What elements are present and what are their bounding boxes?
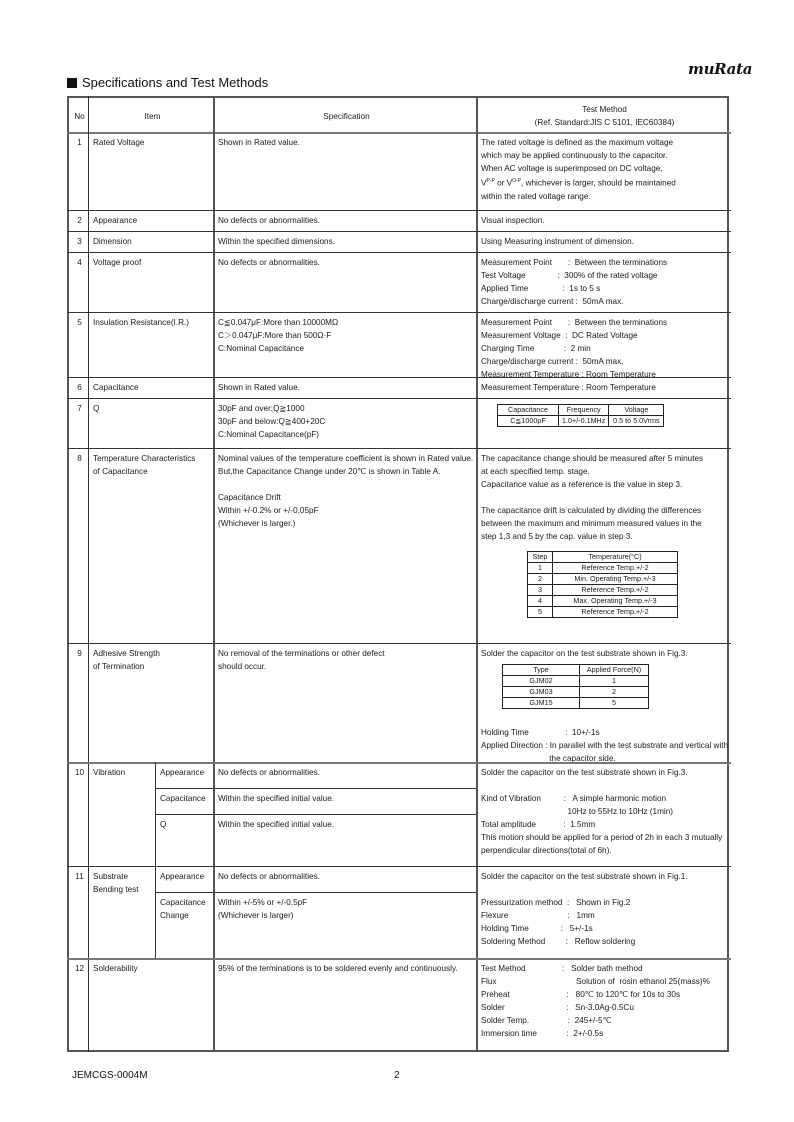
row-specification-line: 30pF and below:Q≧400+20C — [218, 415, 475, 428]
row-test-method-line: Charge/discharge current : 50mA max. — [481, 355, 728, 368]
row-test-method-line — [481, 491, 728, 504]
row-specification-line: C＞0.047μF:More than 500Ω·F — [218, 329, 475, 342]
applied-force-table: TypeApplied Force(N)GJM021GJM032GJM155 — [502, 664, 649, 709]
row-item: Temperature Characteristicsof Capacitanc… — [90, 450, 215, 645]
row-divider — [67, 398, 731, 399]
applied-force-table-cell: GJM03 — [503, 687, 580, 698]
header-specification-line: Specification — [218, 110, 475, 123]
row-test-method-after: Holding Time : 10+/-1sApplied Direction … — [478, 724, 731, 764]
applied-force-table-cell: 5 — [580, 698, 649, 709]
row-divider — [67, 252, 731, 253]
temperature-step-table-cell: Reference Temp.+/-2 — [553, 607, 678, 618]
row-item-line: Rated Voltage — [93, 136, 212, 149]
row-specification-line: (Whichever is larger.) — [218, 517, 475, 530]
row-test-method-line: This motion should be applied for a peri… — [481, 831, 728, 844]
temperature-step-table-row: 3Reference Temp.+/-2 — [528, 585, 678, 596]
row-item-line: of Termination — [93, 660, 212, 673]
row-divider — [155, 788, 476, 789]
temperature-step-table-cell: 1 — [528, 563, 553, 574]
row-test-method: The rated voltage is defined as the maxi… — [478, 134, 731, 212]
applied-force-table-row: GJM021 — [503, 676, 649, 687]
row-test-method-line: between the maximum and minimum measured… — [481, 517, 728, 530]
row-test-method-line: Flexure : 1mm — [481, 909, 728, 922]
row-test-method-line: Immersion time : 2+/-0.5s — [481, 1027, 728, 1040]
row-number-line: 1 — [72, 136, 87, 149]
row-item: Q — [90, 400, 215, 450]
row-item-line: Voltage proof — [93, 256, 212, 269]
row-sub-item-line: Capacitance — [160, 896, 212, 909]
row-specification: 30pF and over:Q≧100030pF and below:Q≧400… — [215, 400, 478, 450]
q-measurement-table-cell: 1.0+/-0.1MHz — [559, 416, 609, 427]
row-sub-item-line: Capacitance — [160, 792, 212, 805]
row-specification-line: Within the specified dimensions. — [218, 235, 475, 248]
square-bullet-icon — [67, 78, 77, 88]
row-specification-line: (Whichever is larger) — [218, 909, 475, 922]
applied-force-table-cell: 2 — [580, 687, 649, 698]
row-number-line: 8 — [72, 452, 87, 465]
row-test-method: Using Measuring instrument of dimension. — [478, 233, 731, 254]
applied-force-table-header: Applied Force(N) — [580, 665, 649, 676]
page-number: 2 — [394, 1070, 400, 1081]
row-number: 7 — [69, 400, 90, 450]
row-test-method: Solder the capacitor on the test substra… — [478, 868, 731, 960]
row-test-method-line: VP-P or VO-P, whichever is larger, shoul… — [481, 175, 728, 190]
row-test-method-line: Measurement Point : Between the terminat… — [481, 256, 728, 269]
row-specification-line: No defects or abnormalities. — [218, 870, 475, 883]
row-sub-item: Appearance — [157, 764, 215, 790]
temperature-step-table-cell: 5 — [528, 607, 553, 618]
temperature-step-table-row: 1Reference Temp.+/-2 — [528, 563, 678, 574]
row-test-method-line: The rated voltage is defined as the maxi… — [481, 136, 728, 149]
q-measurement-table-header: Frequency — [559, 405, 609, 416]
row-specification: Within +/-5% or +/-0.5pF(Whichever is la… — [215, 894, 478, 960]
applied-force-table-header: Type — [503, 665, 580, 676]
row-test-method-line: Solder Temp. : 245+/-5℃ — [481, 1014, 728, 1027]
row-test-method-line: Preheat : 80℃ to 120℃ for 10s to 30s — [481, 988, 728, 1001]
row-sub-item-line: Appearance — [160, 766, 212, 779]
row-specification-line: Nominal values of the temperature coeffi… — [218, 452, 475, 465]
header-specification: Specification — [215, 98, 478, 134]
row-divider — [67, 231, 731, 232]
row-number: 4 — [69, 254, 90, 314]
row-test-method-line — [481, 779, 728, 792]
temperature-step-table-cell: 3 — [528, 585, 553, 596]
row-test-method: Solder the capacitor on the test substra… — [478, 764, 731, 868]
row-test-method-line: Pressurization method : Shown in Fig.2 — [481, 896, 728, 909]
row-test-method-line: Solder : Sn-3.0Ag-0.5Cu — [481, 1001, 728, 1014]
row-specification-line: Within +/-5% or +/-0.5pF — [218, 896, 475, 909]
row-divider — [67, 312, 731, 313]
row-specification: No defects or abnormalities. — [215, 254, 478, 314]
row-item-line: Dimension — [93, 235, 212, 248]
row-test-method-line: Applied Time : 1s to 5 s — [481, 282, 728, 295]
applied-force-table-cell: 1 — [580, 676, 649, 687]
temperature-step-table-row: 4Max. Operating Temp.+/-3 — [528, 596, 678, 607]
row-number: 12 — [69, 960, 90, 1054]
row-test-method-line: Soldering Method : Reflow soldering — [481, 935, 728, 948]
section-title-text: Specifications and Test Methods — [82, 75, 268, 90]
q-measurement-table-cell: C≦1000pF — [498, 416, 559, 427]
row-sub-item-line: Change — [160, 909, 212, 922]
row-number-line: 6 — [72, 381, 87, 394]
row-item-line: Vibration — [93, 766, 154, 779]
row-divider — [67, 210, 731, 211]
row-item-line: Adhesive Strength — [93, 647, 212, 660]
row-specification: Within the specified initial value. — [215, 790, 478, 816]
row-specification: Nominal values of the temperature coeffi… — [215, 450, 478, 645]
row-specification-line: 95% of the terminations is to be soldere… — [218, 962, 475, 975]
temperature-step-table-row: 5Reference Temp.+/-2 — [528, 607, 678, 618]
murata-logo: muRata — [688, 60, 752, 78]
row-specification-line: Capacitance Drift — [218, 491, 475, 504]
row-number-line: 9 — [72, 647, 87, 660]
row-test-method-after-line: Applied Direction : In parallel with the… — [481, 739, 728, 752]
row-test-method-line: Test Voltage : 300% of the rated voltage — [481, 269, 728, 282]
row-item-line: Q — [93, 402, 212, 415]
row-specification: No defects or abnormalities. — [215, 868, 478, 894]
row-test-method-line — [481, 883, 728, 896]
row-test-method-line: Measurement Point : Between the terminat… — [481, 316, 728, 329]
row-test-method-line: at each specified temp. stage. — [481, 465, 728, 478]
row-item-line: Temperature Characteristics — [93, 452, 212, 465]
q-measurement-table-row: C≦1000pF1.0+/-0.1MHz0.5 to 5.0Vrms — [498, 416, 664, 427]
row-test-method-line: Solder the capacitor on the test substra… — [481, 647, 728, 660]
row-test-method-line: 10Hz to 55Hz to 10Hz (1min) — [481, 805, 728, 818]
header-item: Item — [90, 98, 215, 134]
row-specification: Within the specified dimensions. — [215, 233, 478, 254]
row-number-line: 4 — [72, 256, 87, 269]
row-test-method: Visual inspection. — [478, 212, 731, 233]
row-test-method-line: Total amplitude : 1.5mm — [481, 818, 728, 831]
row-test-method-line: Solder the capacitor on the test substra… — [481, 870, 728, 883]
row-specification-line: Shown in Rated value. — [218, 381, 475, 394]
row-specification-line: C:Nominal Capacitance(pF) — [218, 428, 475, 441]
row-test-method-line: Holding Time : 5+/-1s — [481, 922, 728, 935]
temperature-step-table: StepTemperature(°C)1Reference Temp.+/-22… — [527, 551, 678, 618]
row-divider — [67, 866, 731, 867]
q-measurement-table-cell: 0.5 to 5.0Vrms — [609, 416, 664, 427]
row-item: Capacitance — [90, 379, 215, 400]
row-number: 1 — [69, 134, 90, 212]
row-number-line: 5 — [72, 316, 87, 329]
row-specification: C≦0.047μF:More than 10000MΩC＞0.047μF:Mor… — [215, 314, 478, 379]
row-divider — [155, 814, 476, 815]
row-specification: Within the specified initial value. — [215, 816, 478, 868]
temperature-step-table-cell: Reference Temp.+/-2 — [553, 563, 678, 574]
temperature-step-table-row: 2Min. Operating Temp.+/-3 — [528, 574, 678, 585]
row-item: Adhesive Strengthof Termination — [90, 645, 215, 764]
row-number-line: 7 — [72, 402, 87, 415]
row-specification-line: Within the specified initial value. — [218, 792, 475, 805]
row-item: Insulation Resistance(I.R.) — [90, 314, 215, 379]
row-specification: No defects or abnormalities. — [215, 212, 478, 233]
row-item-line: Substrate — [93, 870, 154, 883]
header-no-line: No — [72, 110, 87, 123]
header-item-line: Item — [93, 110, 212, 123]
row-specification-line: No defects or abnormalities. — [218, 256, 475, 269]
row-specification-line: No removal of the terminations or other … — [218, 647, 475, 660]
row-test-method-line: perpendicular directions(total of 6h). — [481, 844, 728, 857]
row-test-method: Measurement Point : Between the terminat… — [478, 254, 731, 314]
row-test-method-line: which may be applied continuously to the… — [481, 149, 728, 162]
row-test-method-line: Charge/discharge current : 50mA max. — [481, 295, 728, 308]
row-sub-item-line: Q — [160, 818, 212, 831]
row-sub-item: Q — [157, 816, 215, 868]
row-number: 9 — [69, 645, 90, 764]
row-specification-line: No defects or abnormalities. — [218, 766, 475, 779]
row-number: 5 — [69, 314, 90, 379]
row-divider — [67, 448, 731, 449]
row-item: Rated Voltage — [90, 134, 215, 212]
row-sub-item: CapacitanceChange — [157, 894, 215, 960]
temperature-step-table-cell: 4 — [528, 596, 553, 607]
row-test-method-line: within the rated voltage range. — [481, 190, 728, 203]
row-number: 8 — [69, 450, 90, 645]
temperature-step-table-header: Temperature(°C) — [553, 552, 678, 563]
row-number-line: 11 — [72, 870, 87, 883]
row-specification: Shown in Rated value. — [215, 134, 478, 212]
row-item: SubstrateBending test — [90, 868, 157, 960]
spec-table: NoItemSpecificationTest Method(Ref. Stan… — [67, 96, 729, 1052]
row-number: 6 — [69, 379, 90, 400]
row-item: Vibration — [90, 764, 157, 868]
row-specification-line: 30pF and over:Q≧1000 — [218, 402, 475, 415]
row-test-method-after-line: Holding Time : 10+/-1s — [481, 726, 728, 739]
row-specification: No removal of the terminations or other … — [215, 645, 478, 764]
row-item: Voltage proof — [90, 254, 215, 314]
row-test-method-line: Capacitance value as a reference is the … — [481, 478, 728, 491]
temperature-step-table-cell: Min. Operating Temp.+/-3 — [553, 574, 678, 585]
row-specification: 95% of the terminations is to be soldere… — [215, 960, 478, 1054]
row-item-line: of Capacitance — [93, 465, 212, 478]
row-test-method-line: When AC voltage is superimposed on DC vo… — [481, 162, 728, 175]
row-test-method-line: step 1,3 and 5 by the cap. value in step… — [481, 530, 728, 543]
row-specification-line: C≦0.047μF:More than 10000MΩ — [218, 316, 475, 329]
row-specification-line: But,the Capacitance Change under 20℃ is … — [218, 465, 475, 478]
row-number: 3 — [69, 233, 90, 254]
row-test-method: Measurement Point : Between the terminat… — [478, 314, 731, 379]
row-specification-line: Within +/-0.2% or +/-0.05pF — [218, 504, 475, 517]
row-specification-line: should occur. — [218, 660, 475, 673]
row-divider — [67, 643, 731, 644]
row-number-line: 12 — [72, 962, 87, 975]
header-test-method: Test Method(Ref. Standard:JIS C 5101, IE… — [478, 98, 731, 134]
temperature-step-table-cell: 2 — [528, 574, 553, 585]
row-item: Solderability — [90, 960, 215, 1054]
q-measurement-table-header: Capacitance — [498, 405, 559, 416]
row-item-line: Insulation Resistance(I.R.) — [93, 316, 212, 329]
row-test-method-line: The capacitance change should be measure… — [481, 452, 728, 465]
row-test-method-line: Visual inspection. — [481, 214, 728, 227]
q-measurement-table-header: Voltage — [609, 405, 664, 416]
row-sub-item: Appearance — [157, 868, 215, 894]
temperature-step-table-cell: Reference Temp.+/-2 — [553, 585, 678, 596]
header-no: No — [69, 98, 90, 134]
row-test-method: Measurement Temperature : Room Temperatu… — [478, 379, 731, 400]
row-item-line: Solderability — [93, 962, 212, 975]
row-item: Dimension — [90, 233, 215, 254]
row-specification: Shown in Rated value. — [215, 379, 478, 400]
row-test-method-line: Test Method : Solder bath method — [481, 962, 728, 975]
row-specification-line: Within the specified initial value. — [218, 818, 475, 831]
temperature-step-table-cell: Max. Operating Temp.+/-3 — [553, 596, 678, 607]
row-test-method-line: Measurement Voltage : DC Rated Voltage — [481, 329, 728, 342]
applied-force-table-cell: GJM02 — [503, 676, 580, 687]
row-number: 2 — [69, 212, 90, 233]
row-test-method-line: Solder the capacitor on the test substra… — [481, 766, 728, 779]
row-specification-line: Shown in Rated value. — [218, 136, 475, 149]
row-test-method-line: Charging Time : 2 min — [481, 342, 728, 355]
row-item: Appearance — [90, 212, 215, 233]
row-test-method-line: The capacitance drift is calculated by d… — [481, 504, 728, 517]
row-test-method-line: Using Measuring instrument of dimension. — [481, 235, 728, 248]
row-divider — [67, 377, 731, 378]
row-divider — [155, 892, 476, 893]
applied-force-table-row: GJM155 — [503, 698, 649, 709]
row-number-line: 3 — [72, 235, 87, 248]
temperature-step-table-header: Step — [528, 552, 553, 563]
applied-force-table-row: GJM032 — [503, 687, 649, 698]
row-specification-line — [218, 478, 475, 491]
row-sub-item-line: Appearance — [160, 870, 212, 883]
q-measurement-table: CapacitanceFrequencyVoltageC≦1000pF1.0+/… — [497, 404, 664, 427]
row-test-method-line: Measurement Temperature : Room Temperatu… — [481, 381, 728, 394]
row-test-method-line: Kind of Vibration : A simple harmonic mo… — [481, 792, 728, 805]
row-number: 11 — [69, 868, 90, 960]
doc-code: JEMCGS-0004M — [72, 1070, 148, 1081]
row-number: 10 — [69, 764, 90, 868]
column-divider — [155, 866, 156, 958]
row-item-line: Bending test — [93, 883, 154, 896]
header-test-method-line: (Ref. Standard:JIS C 5101, IEC60384) — [481, 116, 728, 129]
header-test-method-line: Test Method — [481, 103, 728, 116]
row-item-line: Capacitance — [93, 381, 212, 394]
row-test-method: Test Method : Solder bath methodFlux Sol… — [478, 960, 731, 1054]
row-test-method-line: Flux Solution of rosin ethanol 25(mass)% — [481, 975, 728, 988]
section-title: Specifications and Test Methods — [67, 75, 268, 90]
applied-force-table-cell: GJM15 — [503, 698, 580, 709]
row-number-line: 10 — [72, 766, 87, 779]
row-specification-line: C:Nominal Capacitance — [218, 342, 475, 355]
row-item-line: Appearance — [93, 214, 212, 227]
row-specification-line: No defects or abnormalities. — [218, 214, 475, 227]
row-sub-item: Capacitance — [157, 790, 215, 816]
row-number-line: 2 — [72, 214, 87, 227]
row-specification: No defects or abnormalities. — [215, 764, 478, 790]
